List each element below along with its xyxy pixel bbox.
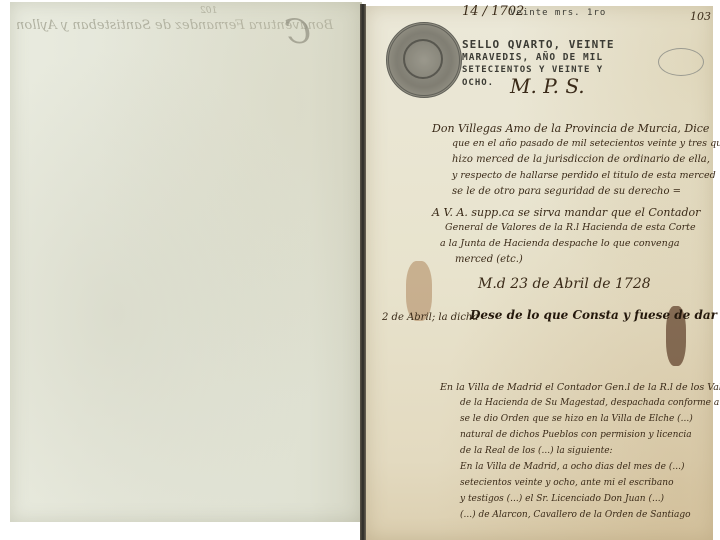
para3-line-7: setecientos veinte y ocho, ante mi el es…	[460, 478, 674, 488]
royal-seal-stamp	[386, 22, 462, 98]
para3-line-4: natural de dichos Pueblos con permision …	[460, 430, 692, 440]
stamp-price: Veinte mrs. 1ro	[510, 8, 606, 18]
decree-line: Dese de lo que Consta y fuese de dar	[470, 308, 717, 322]
library-oval-stamp	[658, 48, 704, 76]
para3-line-3: se le dio Orden que se hizo en la Villa …	[460, 414, 693, 424]
salutation: M. P. S.	[510, 74, 585, 98]
para2-line-2: General de Valores de la R.l Hacienda de…	[445, 222, 696, 233]
left-page: Bonaventura Fernandez de Santisteban y A…	[10, 2, 362, 522]
stamp-header-line-4: OCHO.	[462, 78, 494, 88]
para3-line-5: de la Real de los (...) la siguiente:	[460, 446, 613, 456]
para3-line-2: de la Hacienda de Su Magestad, despachad…	[460, 398, 720, 408]
flourish-mark: C	[285, 12, 311, 52]
para1-line-5: se le de otro para seguridad de su derec…	[452, 186, 681, 197]
stamp-header-line-1: SELLO QVARTO, VEINTE	[462, 38, 614, 51]
para3-line-6: En la Villa de Madrid, a ocho dias del m…	[460, 462, 684, 472]
date-line: M.d 23 de Abril de 1728	[478, 276, 651, 292]
para2-line-4: merced (etc.)	[455, 254, 523, 265]
seal-inner-ring	[403, 39, 443, 79]
para3-line-9: (...) de Alarcon, Cavallero de la Orden …	[460, 510, 691, 520]
para2-line-3: a la Junta de Hacienda despache lo que c…	[440, 238, 680, 249]
bleed-through-text: Bonaventura Fernandez de Santisteban y A…	[16, 18, 333, 33]
stamp-header-line-2: MARAVEDIS, AÑO DE MIL	[462, 52, 603, 63]
para1-line-4: y respecto de hallarse perdido el titulo…	[452, 170, 716, 181]
folio-number: 103	[690, 10, 711, 23]
para1-line-1: Don Villegas Amo de la Provincia de Murc…	[432, 122, 709, 135]
para1-line-2: que en el año pasado de mil setecientos …	[452, 138, 720, 149]
para3-line-8: y testigos (...) el Sr. Licenciado Don J…	[460, 494, 664, 504]
left-folio-mark: 102	[200, 6, 217, 16]
para2-line-1: A V. A. supp.ca se sirva mandar que el C…	[432, 206, 700, 219]
margin-note: 2 de Abril; la dicha	[382, 312, 478, 323]
para1-line-3: hizo merced de la jurisdiccion de ordina…	[452, 154, 710, 165]
para3-line-1: En la Villa de Madrid el Contador Gen.l …	[440, 382, 720, 393]
